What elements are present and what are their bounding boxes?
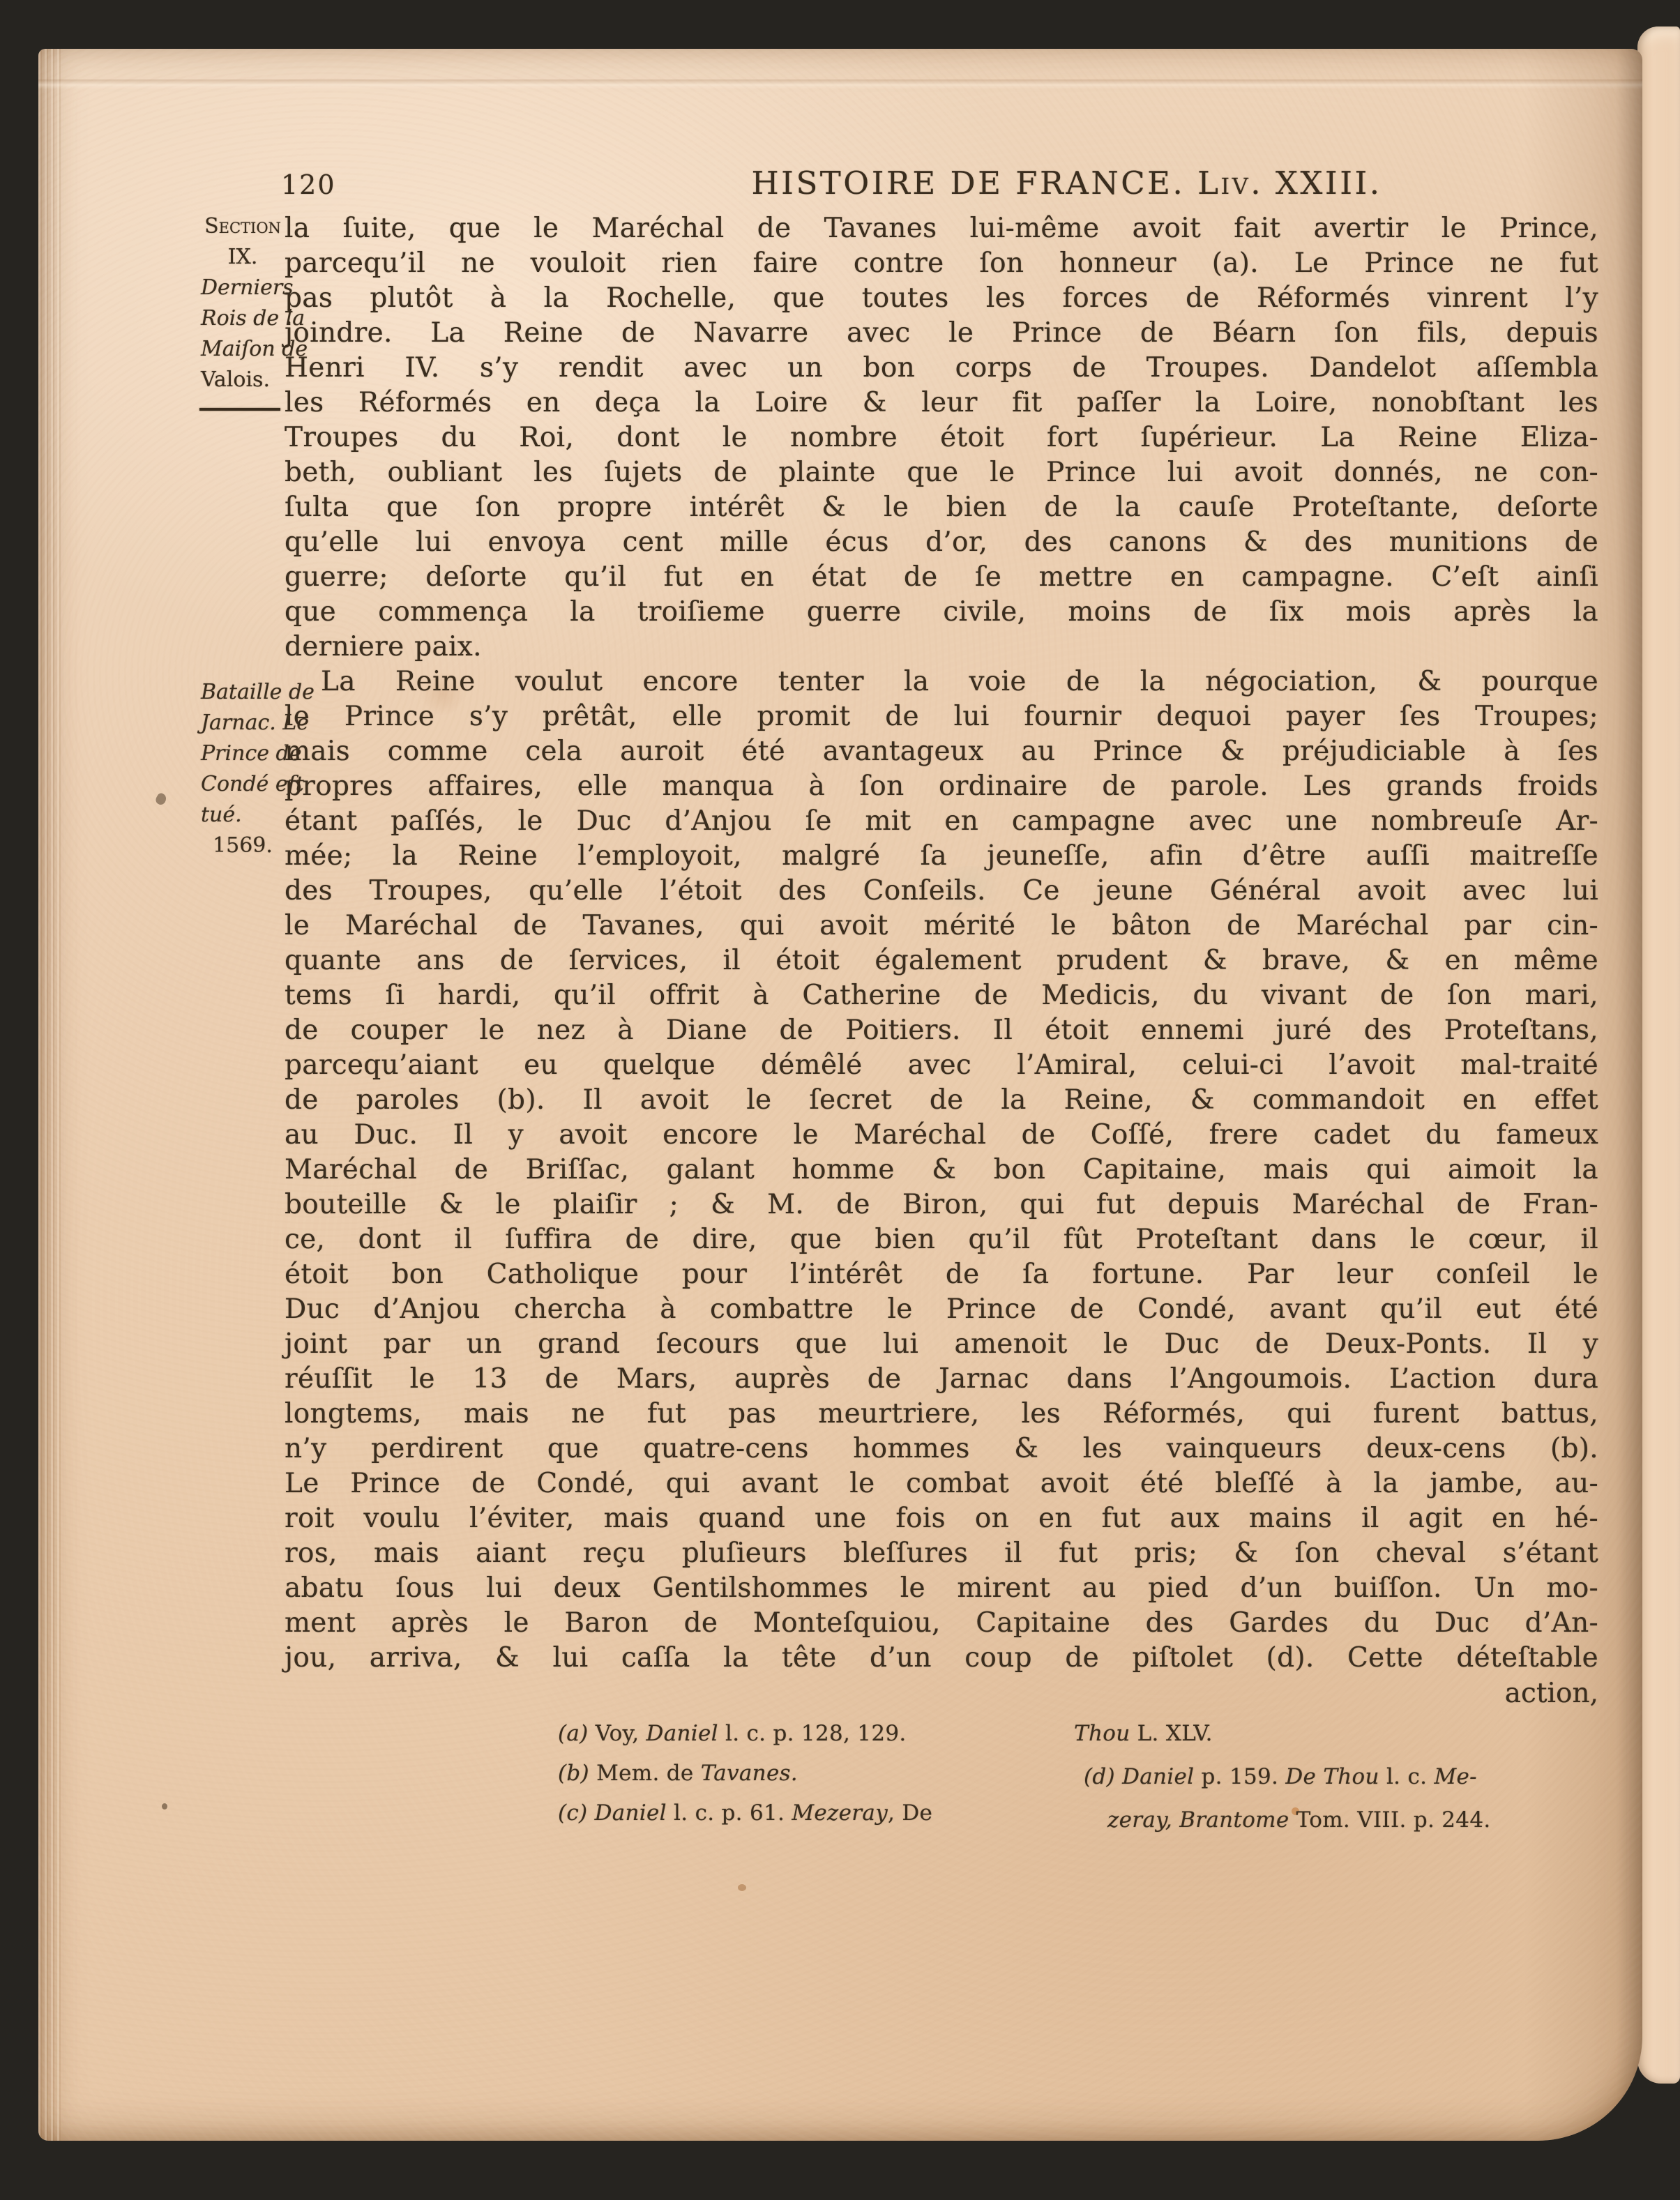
footnote-line: (b) Mem. de Tavanes. xyxy=(558,1754,1077,1793)
body-line: propres affaires, elle manqua à ſon ordi… xyxy=(285,769,1598,804)
body-line: mée; la Reine l’employoit, malgré ſa jeu… xyxy=(285,839,1598,874)
footnote-segment: l. c. p. 61. xyxy=(667,1800,792,1826)
body-line: Maréchal de Briſſac, galant homme & bon … xyxy=(285,1153,1598,1188)
body-line: beth, oubliant les ſujets de plainte que… xyxy=(285,455,1598,490)
margin-note-divider xyxy=(199,408,280,411)
body-line: ſulta que ſon propre intérêt & le bien d… xyxy=(285,490,1598,525)
top-crease xyxy=(38,79,1642,89)
footnote-segment: Mem. de xyxy=(589,1761,701,1786)
margin-note-line: Prince de xyxy=(201,738,285,769)
body-line: étoit bon Catholique pour l’intérêt de ſ… xyxy=(285,1257,1598,1292)
footnote-segment: Thou xyxy=(1074,1721,1130,1746)
page-edge-stack xyxy=(38,49,62,2141)
body-line: ment après le Baron de Monteſquiou, Capi… xyxy=(285,1606,1598,1641)
body-line: le Prince s’y prêtât, elle promit de lui… xyxy=(285,699,1598,734)
footnote-segment: Daniel xyxy=(1122,1764,1194,1789)
body-line: de paroles (b). Il avoit le ſecret de la… xyxy=(285,1083,1598,1118)
body-line: pas plutôt à la Rochelle, que toutes les… xyxy=(285,281,1598,316)
footnote-segment: p. 159. xyxy=(1194,1764,1285,1789)
footnote-line: (a) Voy, Daniel l. c. p. 128, 129. xyxy=(558,1714,1077,1754)
body-line: Le Prince de Condé, qui avant le combat … xyxy=(285,1466,1598,1501)
footnote-segment: (d) xyxy=(1084,1764,1115,1789)
body-line: réuſſit le 13 de Mars, auprès de Jarnac … xyxy=(285,1362,1598,1397)
margin-note-line: IX. xyxy=(201,242,285,273)
margin-note-line: Condé eſt xyxy=(201,769,285,800)
footnote-segment xyxy=(587,1800,594,1826)
body-text: la ſuite, que le Maréchal de Tavanes lui… xyxy=(285,211,1598,1676)
footnote-line: Thou L. XLV. xyxy=(1074,1712,1625,1755)
body-line: La Reine voulut encore tenter la voie de… xyxy=(285,665,1598,699)
body-line: de couper le nez à Diane de Poitiers. Il… xyxy=(285,1013,1598,1048)
footnote-segment: Me- xyxy=(1434,1764,1476,1789)
margin-note-line: tué. xyxy=(201,800,285,830)
footnote-segment: L. XLV. xyxy=(1130,1721,1212,1746)
body-line: des Troupes, qu’elle l’étoit des Conſeil… xyxy=(285,874,1598,909)
curled-next-page-edge xyxy=(1637,26,1680,2084)
footnote-segment: (b) xyxy=(558,1761,589,1786)
body-line: Henri IV. s’y rendit avec un bon corps d… xyxy=(285,351,1598,386)
footnote-line: (c) Daniel l. c. p. 61. Mezeray, De xyxy=(558,1793,1077,1833)
footnote-segment: Brantome xyxy=(1179,1807,1289,1833)
footnote-segment: Mezeray xyxy=(792,1800,888,1826)
margin-note-section: SectionIX.DerniersRois de laMaiſon deVal… xyxy=(201,211,285,395)
body-line: Duc d’Anjou chercha à combattre le Princ… xyxy=(285,1292,1598,1327)
body-line: au Duc. Il y avoit encore le Maréchal de… xyxy=(285,1118,1598,1153)
body-line: la ſuite, que le Maréchal de Tavanes lui… xyxy=(285,211,1598,246)
margin-note-line: 1569. xyxy=(201,830,285,861)
body-line: n’y perdirent que quatre-cens hommes & l… xyxy=(285,1432,1598,1466)
body-line: étant paſſés, le Duc d’Anjou ſe mit en c… xyxy=(285,804,1598,839)
footnote-segment: Daniel xyxy=(646,1721,718,1746)
body-line: qu’elle lui envoya cent mille écus d’or,… xyxy=(285,525,1598,560)
footnote-line: zeray, Brantome Tom. VIII. p. 244. xyxy=(1107,1798,1625,1842)
body-line: le Maréchal de Tavanes, qui avoit mérité… xyxy=(285,909,1598,943)
footnote-segment: , De xyxy=(888,1800,932,1826)
body-line: bouteille & le plaiſir ; & M. de Biron, … xyxy=(285,1188,1598,1222)
margin-note-line: Valois. xyxy=(201,365,285,395)
body-line: jou, arriva, & lui caſſa la tête d’un co… xyxy=(285,1641,1598,1676)
body-line: abatu ſous lui deux Gentilshommes le mir… xyxy=(285,1571,1598,1606)
body-line: longtems, mais ne fut pas meurtriere, le… xyxy=(285,1397,1598,1432)
footnote-segment: l. c. xyxy=(1379,1764,1435,1789)
body-line: les Réformés en deça la Loire & leur fit… xyxy=(285,386,1598,420)
running-title: HISTOIRE DE FRANCE. Liv. XXIII. xyxy=(727,165,1407,202)
margin-note-line: Rois de la xyxy=(201,303,285,334)
margin-note-line: Jarnac. Le xyxy=(201,708,285,738)
running-title-segment: Liv. xyxy=(1197,165,1263,202)
body-line: derniere paix. xyxy=(285,630,1598,665)
margin-note-bataille: Bataille deJarnac. LePrince deCondé eſtt… xyxy=(201,677,285,861)
body-line: mais comme cela auroit été avantageux au… xyxy=(285,734,1598,769)
footnote-segment: Tavanes. xyxy=(701,1761,798,1786)
margin-note-line: Maiſon de xyxy=(201,334,285,365)
body-line: guerre; deſorte qu’il fut en état de ſe … xyxy=(285,560,1598,595)
body-line: Troupes du Roi, dont le nombre étoit for… xyxy=(285,420,1598,455)
body-line: quante ans de ſervices, il étoit égaleme… xyxy=(285,943,1598,978)
footnote-line: (d) Daniel p. 159. De Thou l. c. Me- xyxy=(1084,1755,1625,1798)
body-line: parcequ’aiant eu quelque démêlé avec l’A… xyxy=(285,1048,1598,1083)
page-number: 120 xyxy=(281,169,336,200)
body-line: tems ſi hardi, qu’il offrit à Catherine … xyxy=(285,978,1598,1013)
margin-note-line: Derniers xyxy=(201,273,285,303)
footnote-segment: (c) xyxy=(558,1800,587,1826)
footnote-segment: Voy, xyxy=(589,1721,646,1746)
body-line: ros, mais aiant reçu pluſieurs bleſſures… xyxy=(285,1536,1598,1571)
footnote-segment: (a) xyxy=(558,1721,589,1746)
footnote-segment: zeray, xyxy=(1107,1807,1179,1833)
footnote-segment: Tom. VIII. p. 244. xyxy=(1289,1807,1491,1833)
footnote-segment xyxy=(1115,1764,1122,1789)
footnote-segment: Daniel xyxy=(595,1800,667,1826)
body-line: parcequ’il ne vouloit rien faire contre … xyxy=(285,246,1598,281)
body-line: joindre. La Reine de Navarre avec le Pri… xyxy=(285,316,1598,351)
margin-note-line: Bataille de xyxy=(201,677,285,708)
footnote-segment: De Thou xyxy=(1285,1764,1379,1789)
running-title-segment: XXIII. xyxy=(1263,165,1382,202)
margin-note-line: Section xyxy=(201,211,285,242)
running-title-segment: HISTOIRE DE FRANCE. xyxy=(751,165,1197,202)
footnotes-left-column: (a) Voy, Daniel l. c. p. 128, 129.(b) Me… xyxy=(558,1714,1077,1833)
footnotes-right-column: Thou L. XLV.(d) Daniel p. 159. De Thou l… xyxy=(1074,1712,1625,1842)
body-line: que commença la troiſieme guerre civile,… xyxy=(285,595,1598,630)
body-line: joint par un grand ſecours que lui ameno… xyxy=(285,1327,1598,1362)
catchword: action, xyxy=(285,1678,1598,1709)
body-line: roit voulu l’éviter, mais quand une fois… xyxy=(285,1501,1598,1536)
book-page-scan: 120 HISTOIRE DE FRANCE. Liv. XXIII. Sect… xyxy=(0,0,1680,2200)
footnote-segment: l. c. p. 128, 129. xyxy=(718,1721,907,1746)
body-line: ce, dont il ſuffira de dire, que bien qu… xyxy=(285,1222,1598,1257)
